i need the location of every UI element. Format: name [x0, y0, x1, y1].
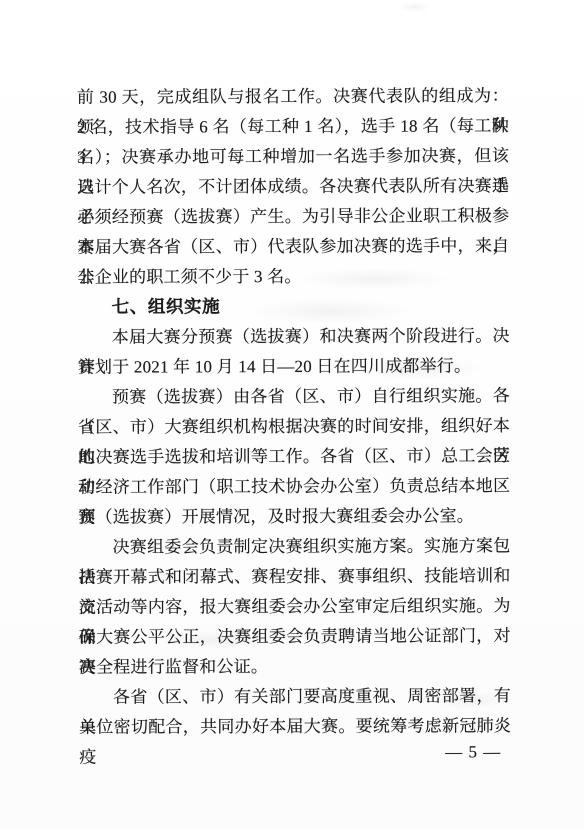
- text-line: 保大赛公平公正，决赛组委会负责聘请当地公证部门，对决: [79, 621, 511, 653]
- text-line: 单位密切配合，共同办好本届大赛。要统筹考虑新冠肺炎疫: [79, 711, 511, 743]
- body-text: 前 30 天，完成组队与报名工作。决赛代表队的组成为：领队2 名，技术指导 6 …: [77, 81, 511, 743]
- text-line: 决赛组委会负责制定决赛组织实施方案。实施方案包括: [78, 531, 510, 563]
- text-line: （区、市）大赛组织机构根据决赛的时间安排，组织好本地区: [78, 411, 510, 443]
- text-line: 本届大赛分预赛（选拔赛）和决赛两个阶段进行。决赛: [78, 321, 510, 353]
- scanned-document-page: 前 30 天，完成组队与报名工作。决赛代表队的组成为：领队2 名，技术指导 6 …: [0, 0, 584, 829]
- text-line: 流活动等内容，报大赛组委会办公室审定后组织实施。为确: [79, 591, 511, 623]
- text-line: 的决赛选手选拔和培训等工作。各省（区、市）总工会劳动: [78, 441, 510, 473]
- text-line: 决赛开幕式和闭幕式、赛程安排、赛事组织、技能培训和交: [79, 561, 511, 593]
- text-line: 只计个人名次，不计团体成绩。各决赛代表队所有决赛选手: [77, 171, 509, 203]
- text-line: 公企业的职工须不少于 3 名。: [77, 261, 509, 293]
- page-number: — 5 —: [445, 739, 501, 765]
- text-line: 预赛（选拔赛）由各省（区、市）自行组织实施。各省: [78, 381, 510, 413]
- text-line: 赛全程进行监督和公证。: [79, 651, 511, 683]
- text-line: 名）；决赛承办地可每工种增加一名选手参加决赛，但该选手: [77, 141, 509, 173]
- text-line: 各省（区、市）有关部门要高度重视、周密部署，有关: [79, 681, 511, 713]
- text-line: 和经济工作部门（职工技术协会办公室）负责总结本地区预: [78, 471, 510, 503]
- page-content: 前 30 天，完成组队与报名工作。决赛代表队的组成为：领队2 名，技术指导 6 …: [0, 0, 584, 829]
- text-line: 2 名，技术指导 6 名（每工种 1 名），选手 18 名（每工种 3: [77, 111, 509, 143]
- section-heading: 七、组织实施: [78, 291, 510, 323]
- text-line: 本届大赛各省（区、市）代表队参加决赛的选手中，来自非: [77, 231, 509, 263]
- text-line: 赛（选拔赛）开展情况，及时报大赛组委会办公室。: [78, 501, 510, 533]
- text-line: 必须经预赛（选拔赛）产生。为引导非公企业职工积极参赛，: [77, 201, 509, 233]
- text-line: 计划于 2021 年 10 月 14 日—20 日在四川成都举行。: [78, 351, 510, 383]
- text-line: 前 30 天，完成组队与报名工作。决赛代表队的组成为：领队: [77, 81, 509, 113]
